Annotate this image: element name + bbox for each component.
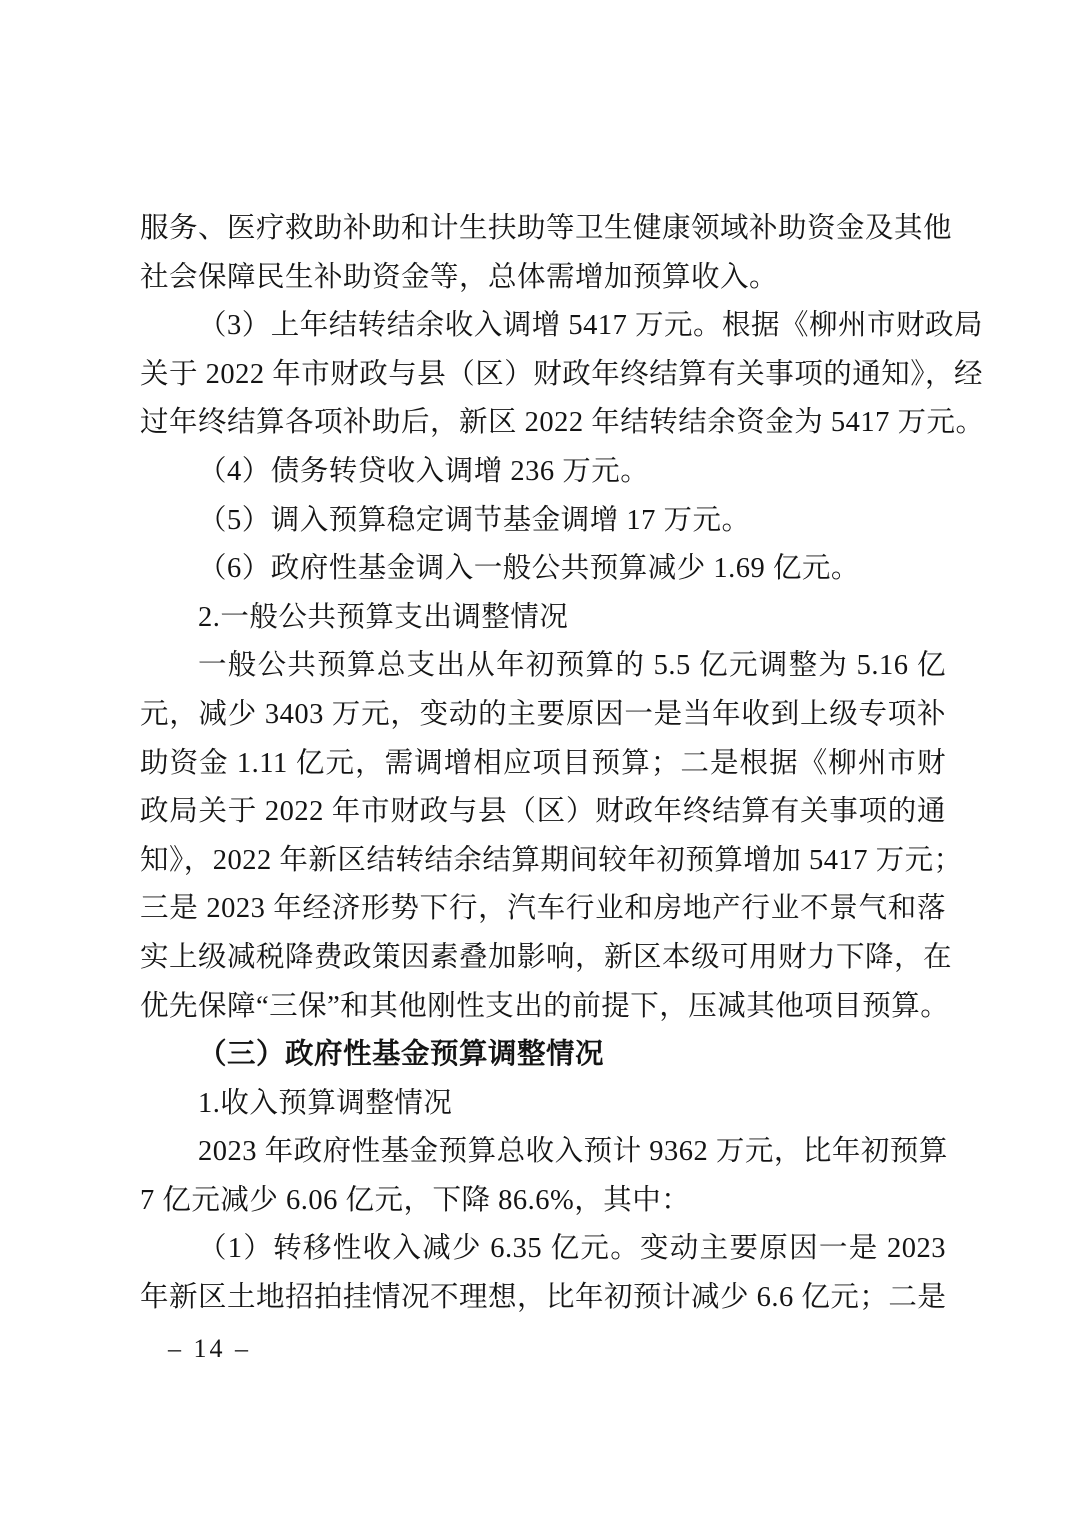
subsection-title: 2.一般公共预算支出调整情况 [140, 594, 946, 643]
text-line: 三是 2023 年经济形势下行，汽车行业和房地产行业不景气和落 [140, 885, 946, 934]
document-page: 服务、医疗救助补助和计生扶助等卫生健康领域补助资金及其他 社会保障民生补助资金等… [0, 0, 1074, 1520]
text-line: 关于 2022 年市财政与县（区）财政年终结算有关事项的通知》，经 [140, 351, 946, 400]
text-line: （1）转移性收入减少 6.35 亿元。变动主要原因一是 2023 [140, 1225, 946, 1274]
text-line: （4）债务转贷收入调增 236 万元。 [140, 448, 946, 497]
text-line: 服务、医疗救助补助和计生扶助等卫生健康领域补助资金及其他 [140, 205, 946, 254]
text-line: 社会保障民生补助资金等，总体需增加预算收入。 [140, 254, 946, 303]
text-line: 一般公共预算总支出从年初预算的 5.5 亿元调整为 5.16 亿 [140, 642, 946, 691]
text-line: 知》，2022 年新区结转结余结算期间较年初预算增加 5417 万元； [140, 837, 946, 886]
text-line: 助资金 1.11 亿元，需调增相应项目预算；二是根据《柳州市财 [140, 740, 946, 789]
text-line: 7 亿元减少 6.06 亿元，下降 86.6%，其中： [140, 1177, 946, 1226]
document-body: 服务、医疗救助补助和计生扶助等卫生健康领域补助资金及其他 社会保障民生补助资金等… [140, 205, 946, 1323]
subsection-title: 1.收入预算调整情况 [140, 1080, 946, 1129]
text-line: 政局关于 2022 年市财政与县（区）财政年终结算有关事项的通 [140, 788, 946, 837]
text-line: 优先保障“三保”和其他刚性支出的前提下，压减其他项目预算。 [140, 983, 946, 1032]
page-number: – 14 – [168, 1332, 251, 1366]
text-line: 元，减少 3403 万元，变动的主要原因一是当年收到上级专项补 [140, 691, 946, 740]
text-line: 过年终结算各项补助后，新区 2022 年结转结余资金为 5417 万元。 [140, 399, 946, 448]
text-line: 2023 年政府性基金预算总收入预计 9362 万元，比年初预算 [140, 1128, 946, 1177]
text-line: （3）上年结转结余收入调增 5417 万元。根据《柳州市财政局 [140, 302, 946, 351]
section-heading: （三）政府性基金预算调整情况 [140, 1031, 946, 1080]
text-line: 年新区土地招拍挂情况不理想，比年初预计减少 6.6 亿元；二是 [140, 1274, 946, 1323]
text-line: 实上级减税降费政策因素叠加影响，新区本级可用财力下降，在 [140, 934, 946, 983]
text-line: （5）调入预算稳定调节基金调增 17 万元。 [140, 497, 946, 546]
text-line: （6）政府性基金调入一般公共预算减少 1.69 亿元。 [140, 545, 946, 594]
